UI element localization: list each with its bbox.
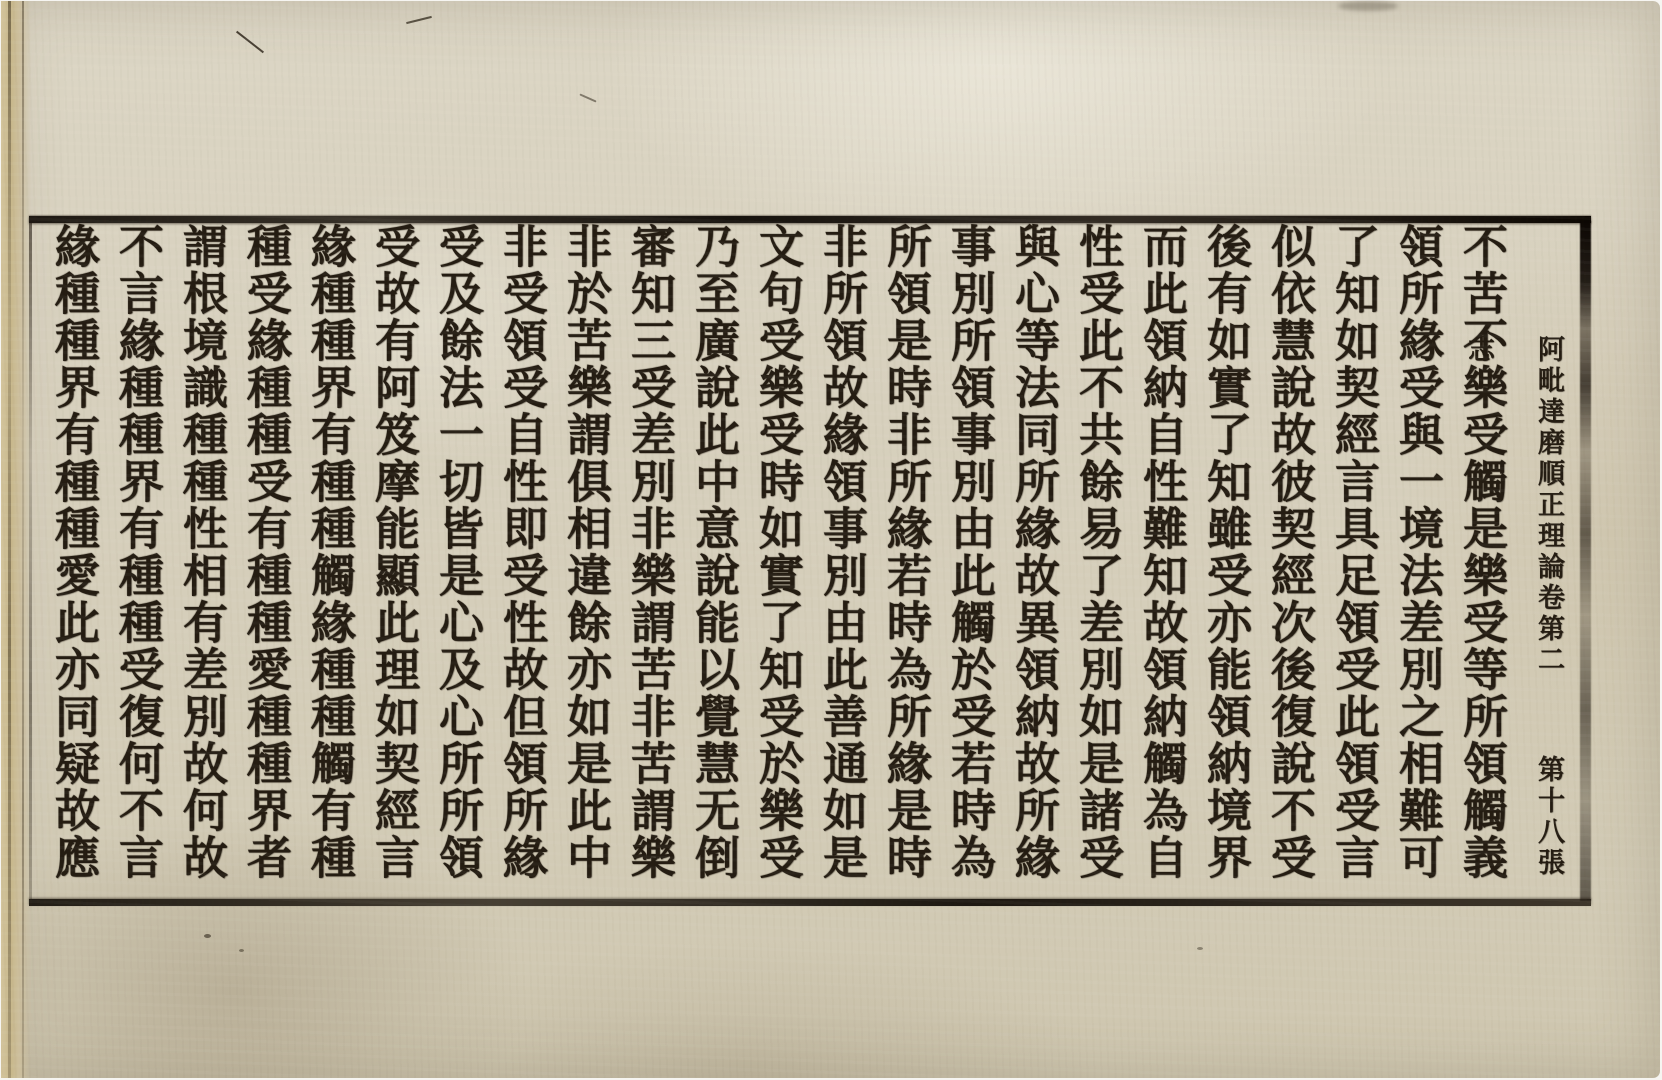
title-column: 阿毗達磨順正理論卷第二 第十八張 志 (1513, 223, 1583, 899)
manuscript-page: 阿毗達磨順正理論卷第二 第十八張 志 不苦不樂受觸是樂受等所領觸義 領所緣受與一… (1, 1, 1660, 1078)
ink-scratch (406, 16, 432, 24)
text-column-23: 緣種種界有種種愛此亦同疑故應 (41, 223, 105, 899)
text-column-17: 受及餘法一切皆是心及心所所領 (425, 223, 489, 899)
ink-smudge (1338, 1, 1398, 11)
text-columns: 阿毗達磨順正理論卷第二 第十八張 志 不苦不樂受觸是樂受等所領觸義 領所緣受與一… (35, 223, 1583, 899)
ink-speck (1197, 947, 1203, 950)
ink-scratch (579, 93, 596, 102)
text-column-16: 非受領受自性即受性故但領所緣 (489, 223, 553, 899)
frame-top-border (29, 216, 1591, 223)
text-block-frame: 阿毗達磨順正理論卷第二 第十八張 志 不苦不樂受觸是樂受等所領觸義 領所緣受與一… (29, 216, 1591, 906)
text-column-5: 後有如實了知雖受亦能領納境界 (1193, 223, 1257, 899)
binding-fold-line-inner (22, 1, 24, 1078)
text-column-12: 文句受樂受時如實了知受於樂受 (745, 223, 809, 899)
text-column-10: 所領是時非所緣若時為所緣是時 (873, 223, 937, 899)
text-column-8: 與心等法同所緣故異領納故所緣 (1001, 223, 1065, 899)
text-column-21: 謂根境識種種性相有差別故何故 (169, 223, 233, 899)
text-column-9: 事別所領事別由此觸於受若時為 (937, 223, 1001, 899)
text-column-22: 不言緣種種界有種種受復何不言 (105, 223, 169, 899)
text-column-2: 領所緣受與一境法差別之相難可 (1385, 223, 1449, 899)
text-column-7: 性受此不共餘易了差別如是諸受 (1065, 223, 1129, 899)
text-column-20: 種受緣種種受有種種愛種種界者 (233, 223, 297, 899)
volume-title: 阿毗達磨順正理論卷第二 (1533, 335, 1564, 676)
ink-speck (204, 934, 211, 938)
sheet-number: 第十八張 (1533, 755, 1564, 879)
text-column-18: 受故有阿笈摩能顯此理如契經言 (361, 223, 425, 899)
frame-bottom-border (29, 899, 1591, 906)
frame-left-border (29, 223, 32, 899)
binding-fold-line-outer (8, 1, 11, 1078)
text-column-11: 非所領故緣領事別由此善通如是 (809, 223, 873, 899)
text-column-1: 不苦不樂受觸是樂受等所領觸義 (1449, 223, 1513, 899)
ink-scratch (236, 31, 264, 54)
text-column-3: 了知如契經言具足領受此領受言 (1321, 223, 1385, 899)
text-column-4: 似依慧說故彼契經次後復說不受 (1257, 223, 1321, 899)
text-column-13: 乃至廣說此中意說能以覺慧无倒 (681, 223, 745, 899)
text-column-15: 非於苦樂謂俱相違餘亦如是此中 (553, 223, 617, 899)
text-column-19: 緣種種界有種種觸緣種種觸有種 (297, 223, 361, 899)
left-binding-edge (1, 1, 31, 1078)
text-column-6: 而此領納自性難知故領納觸為自 (1129, 223, 1193, 899)
text-column-14: 審知三受差別非樂謂苦非苦謂樂 (617, 223, 681, 899)
ink-speck (239, 949, 244, 952)
